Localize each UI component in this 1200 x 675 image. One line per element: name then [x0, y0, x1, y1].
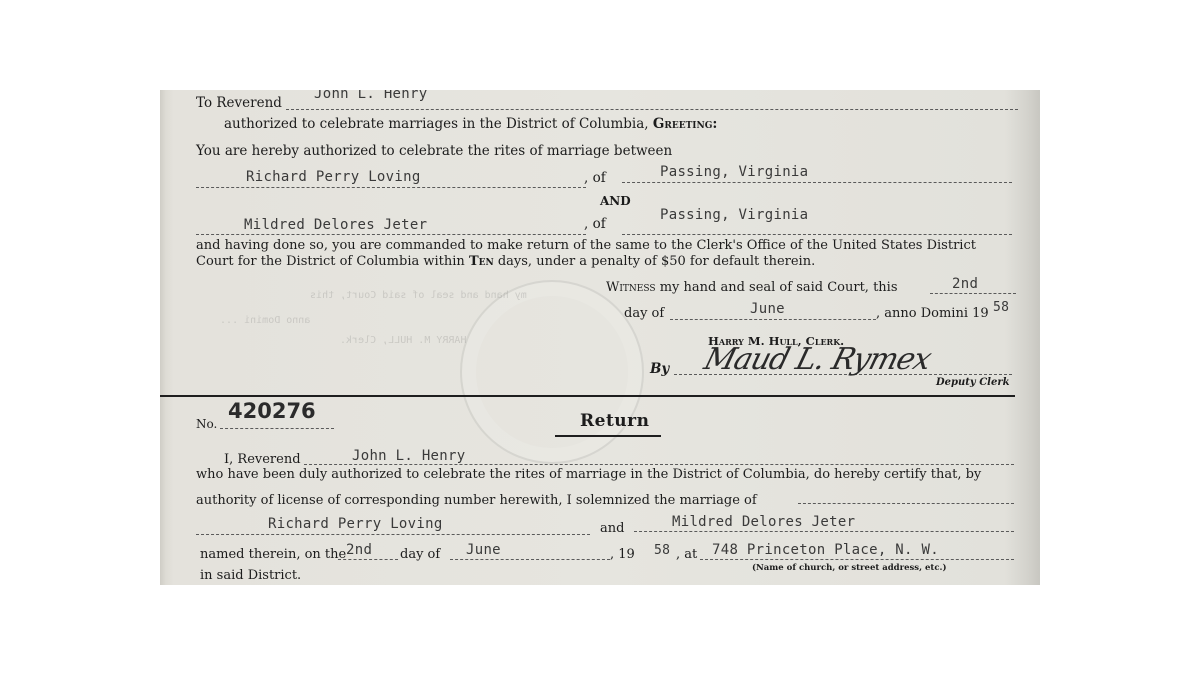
return-party2-name: Mildred Delores Jeter — [672, 514, 855, 530]
return-heading-underline — [555, 435, 661, 437]
return-month-line — [450, 559, 610, 560]
command-text-line2: Court for the District of Columbia withi… — [196, 254, 815, 270]
return-day: 2nd — [346, 542, 372, 558]
return-text-line1: who have been duly authorized to celebra… — [196, 467, 981, 483]
party1-of-label: , of — [584, 170, 606, 186]
return-at-label: , at — [676, 547, 697, 563]
license-officiant-name: John L. Henry — [314, 90, 427, 102]
in-said-district-text: in said District. — [200, 568, 301, 584]
bleed-through-text: anno Domini ... — [220, 315, 310, 326]
place-caption: (Name of church, or street address, etc.… — [752, 560, 947, 576]
return-day-line — [338, 559, 398, 560]
deputy-clerk-signature: Maud L. Rymex — [700, 342, 934, 377]
and-label: AND — [600, 193, 631, 209]
bleed-through-text: HARRY M. HULL, Clerk. — [340, 335, 466, 346]
party2-name: Mildred Delores Jeter — [244, 217, 427, 233]
anno-domini-label: , anno Domini 19 — [876, 306, 989, 322]
party2-residence: Passing, Virginia — [660, 207, 808, 223]
return-party1-line — [196, 534, 590, 535]
return-year: 58 — [654, 543, 670, 559]
witness-text: Witness my hand and seal of said Court, … — [606, 280, 898, 296]
command-text-line1: and having done so, you are commanded to… — [196, 238, 976, 254]
witness-day-line — [930, 293, 1016, 294]
deputy-clerk-label: Deputy Clerk — [936, 375, 1010, 391]
return-day-of-label: day of — [400, 547, 440, 563]
party1-name: Richard Perry Loving — [246, 169, 421, 185]
bleed-through-text: my hand and seal of said Court, this — [310, 290, 527, 301]
license-number-line — [220, 428, 334, 429]
day-of-label: day of — [624, 306, 664, 322]
by-label: By — [650, 361, 669, 377]
party2-name-line — [196, 234, 586, 235]
return-party2-line — [634, 531, 1014, 532]
hereby-authorized-text: You are hereby authorized to celebrate t… — [196, 143, 672, 159]
i-reverend-label: I, Reverend — [224, 452, 301, 468]
return-and-label: and — [600, 521, 624, 537]
return-place: 748 Princeton Place, N. W. — [712, 542, 939, 558]
return-heading: Return — [580, 413, 649, 429]
return-party1-name: Richard Perry Loving — [268, 516, 443, 532]
witness-day: 2nd — [952, 276, 978, 292]
license-number-label: No. — [196, 416, 217, 432]
officiant-line — [286, 109, 1018, 110]
party2-of-label: , of — [584, 216, 606, 232]
named-therein-label: named therein, on the — [200, 547, 346, 563]
party2-residence-line — [622, 234, 1012, 235]
witness-month: June — [750, 301, 785, 317]
return-officiant-name: John L. Henry — [352, 448, 465, 464]
return-month: June — [466, 542, 501, 558]
return-year-label: , 19 — [610, 547, 635, 563]
return-text-line2: authority of license of corresponding nu… — [196, 493, 757, 509]
witness-month-line — [670, 319, 876, 320]
party1-residence: Passing, Virginia — [660, 164, 808, 180]
authorized-text: authorized to celebrate marriages in the… — [224, 116, 717, 132]
section-divider — [160, 395, 1015, 397]
party1-residence-line — [622, 182, 1012, 183]
witness-year: 58 — [993, 300, 1009, 316]
return-marriage-of-line — [798, 503, 1014, 504]
to-reverend-label: To Reverend — [196, 95, 282, 111]
party1-name-line — [196, 187, 586, 188]
marriage-license-document: my hand and seal of said Court, this ann… — [160, 90, 1040, 585]
license-number: 420276 — [228, 403, 316, 419]
return-officiant-line — [304, 464, 1014, 465]
